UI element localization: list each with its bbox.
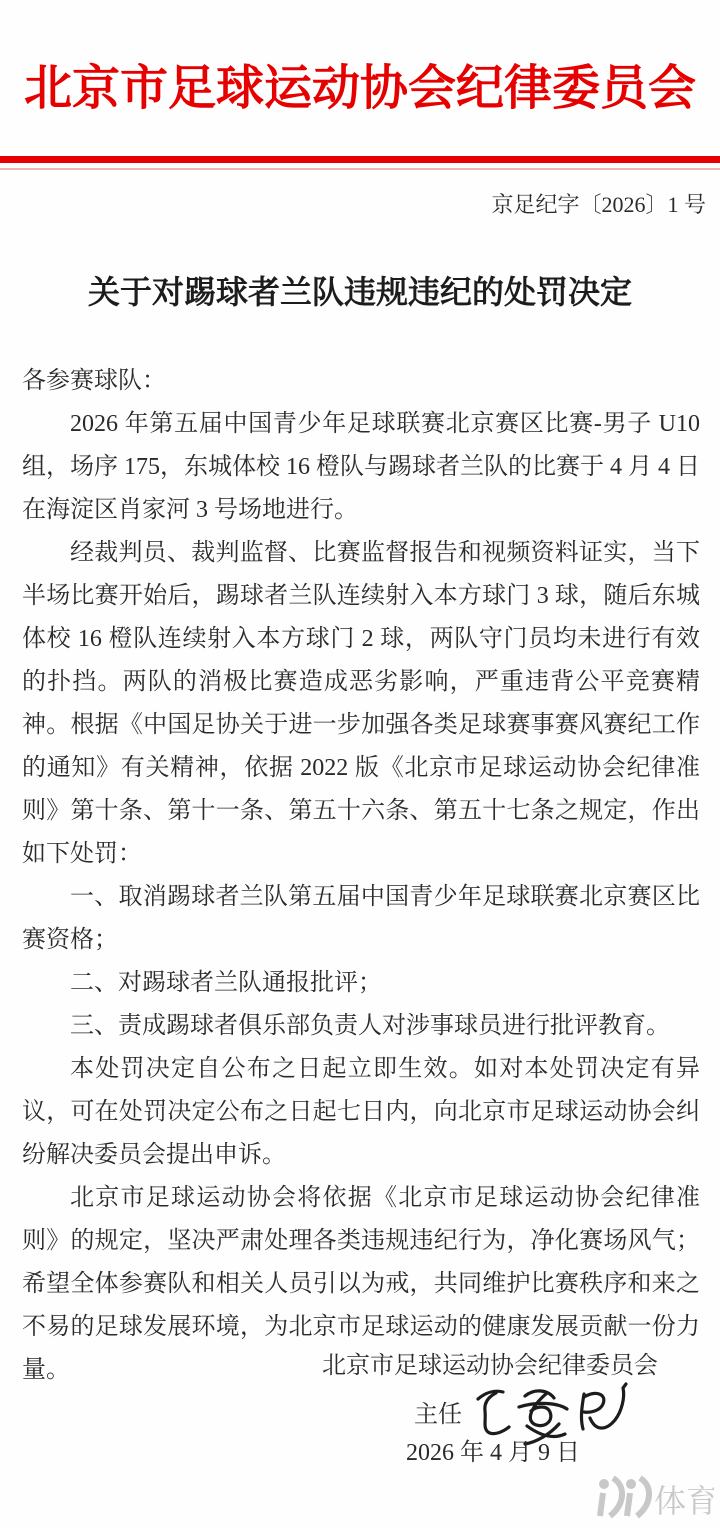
letterhead-rule-thick: [0, 156, 720, 163]
doc-number: 京足纪字〔2026〕1 号: [491, 192, 706, 218]
watermark-text: 体育: [654, 1483, 714, 1519]
letterhead-rule-thin: [0, 168, 720, 170]
paragraph-2: 经裁判员、裁判监督、比赛监督报告和视频资料证实，当下半场比赛开始后，踢球者兰队连…: [22, 532, 700, 876]
letterhead-org-title: 北京市足球运动协会纪律委员会: [0, 54, 720, 124]
paragraph-4-penalty-2: 二、对踢球者兰队通报批评；: [22, 962, 700, 1005]
pp-sports-logo-icon: 体育: [596, 1472, 714, 1520]
signer-role-label: 主任: [414, 1400, 462, 1430]
paragraph-6-effective: 本处罚决定自公布之日起立即生效。如对本处罚决定有异议，可在处罚决定公布之日起七日…: [22, 1048, 700, 1177]
official-notice-page: 北京市足球运动协会纪律委员会 京足纪字〔2026〕1 号 关于对踢球者兰队违规违…: [0, 0, 720, 1528]
document-body: 各参赛球队： 2026 年第五届中国青少年足球联赛北京赛区比赛-男子 U10 组…: [22, 360, 700, 1392]
paragraph-5-penalty-3: 三、责成踢球者俱乐部负责人对涉事球员进行批评教育。: [22, 1005, 700, 1048]
closing-date: 2026 年 4 月 9 日: [406, 1438, 580, 1468]
paragraph-1: 2026 年第五届中国青少年足球联赛北京赛区比赛-男子 U10 组，场序 175…: [22, 403, 700, 532]
closing-org-name: 北京市足球运动协会纪律委员会: [322, 1350, 658, 1382]
watermark: 体育: [596, 1472, 714, 1525]
paragraph-3-penalty-1: 一、取消踢球者兰队第五届中国青少年足球联赛北京赛区比赛资格；: [22, 876, 700, 962]
salutation: 各参赛球队：: [22, 360, 700, 403]
document-title: 关于对踢球者兰队违规违纪的处罚决定: [0, 270, 720, 314]
